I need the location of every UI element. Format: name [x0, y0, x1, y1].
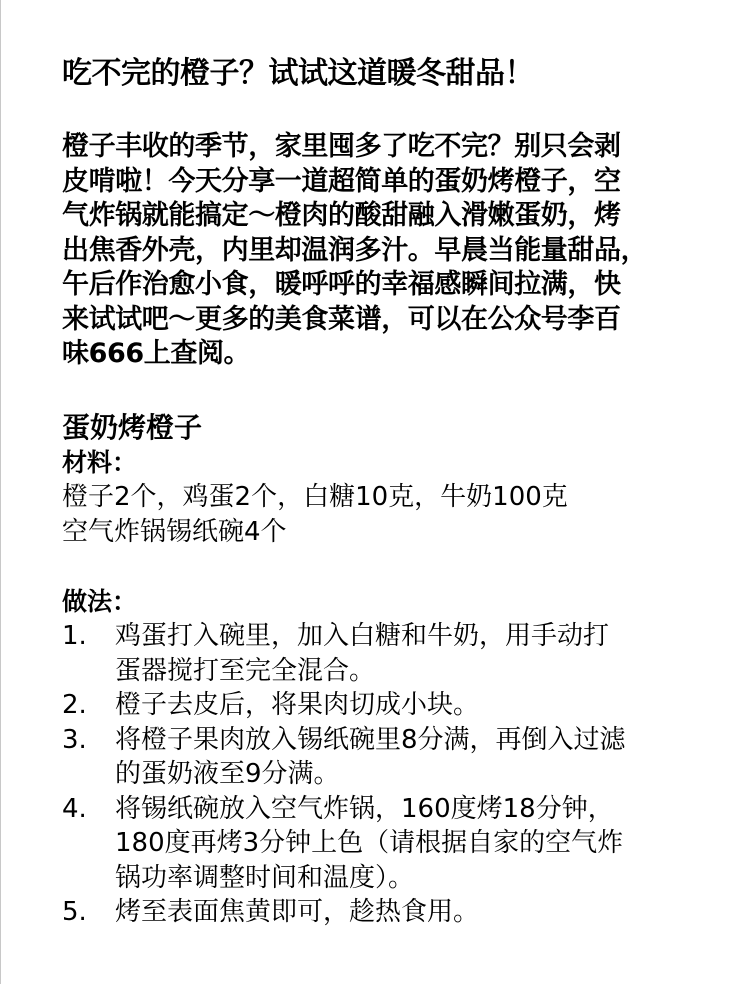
- ingredients-heading: 材料：: [62, 446, 137, 480]
- step-item: 3. 将橙子果肉放入锡纸碗里8分满，再倒入过滤 的蛋奶液至9分满。: [62, 723, 702, 792]
- intro-line: 来试试吧～更多的美食菜谱，可以在公众号李百: [62, 303, 702, 338]
- step-item: 2. 橙子去皮后，将果肉切成小块。: [62, 688, 702, 723]
- step-text: 鸡蛋打入碗里，加入白糖和牛奶，用手动打: [115, 619, 702, 654]
- intro-line: 午后作治愈小食，暖呼呼的幸福感瞬间拉满，快: [62, 268, 702, 303]
- ingredient-line: 空气炸锅锡纸碗4个: [62, 515, 568, 550]
- step-number: 5.: [62, 895, 87, 930]
- step-text: 锅功率调整时间和温度）。: [115, 861, 702, 896]
- step-number: 2.: [62, 688, 87, 723]
- step-item: 4. 将锡纸碗放入空气炸锅，160度烤18分钟， 180度再烤3分钟上色（请根据…: [62, 792, 702, 896]
- page-left-border: [0, 0, 1, 984]
- intro-line: 出焦香外壳，内里却温润多汁。早晨当能量甜品，: [62, 234, 702, 269]
- intro-line: 气炸锅就能搞定～橙肉的酸甜融入滑嫩蛋奶，烤: [62, 199, 702, 234]
- ingredient-line: 橙子2个，鸡蛋2个，白糖10克，牛奶100克: [62, 480, 568, 515]
- page-title: 吃不完的橙子？试试这道暖冬甜品！: [62, 54, 534, 94]
- step-number: 1.: [62, 619, 87, 654]
- step-text: 将橙子果肉放入锡纸碗里8分满，再倒入过滤: [115, 723, 702, 758]
- steps-list: 1. 鸡蛋打入碗里，加入白糖和牛奶，用手动打 蛋器搅打至完全混合。 2. 橙子去…: [62, 619, 702, 930]
- step-item: 1. 鸡蛋打入碗里，加入白糖和牛奶，用手动打 蛋器搅打至完全混合。: [62, 619, 702, 688]
- step-text: 橙子去皮后，将果肉切成小块。: [115, 688, 702, 723]
- step-number: 3.: [62, 723, 87, 758]
- step-text: 将锡纸碗放入空气炸锅，160度烤18分钟，: [115, 792, 702, 827]
- step-number: 4.: [62, 792, 87, 827]
- ingredients-list: 橙子2个，鸡蛋2个，白糖10克，牛奶100克 空气炸锅锡纸碗4个: [62, 480, 568, 549]
- step-text: 180度再烤3分钟上色（请根据自家的空气炸: [115, 826, 702, 861]
- step-text: 烤至表面焦黄即可，趁热食用。: [115, 895, 702, 930]
- step-text: 的蛋奶液至9分满。: [115, 757, 702, 792]
- intro-line: 皮啃啦！今天分享一道超简单的蛋奶烤橙子，空: [62, 165, 702, 200]
- recipe-name: 蛋奶烤橙子: [62, 410, 202, 446]
- intro-paragraph: 橙子丰收的季节，家里囤多了吃不完？别只会剥 皮啃啦！今天分享一道超简单的蛋奶烤橙…: [62, 130, 702, 372]
- intro-line: 橙子丰收的季节，家里囤多了吃不完？别只会剥: [62, 130, 702, 165]
- step-text: 蛋器搅打至完全混合。: [115, 654, 702, 689]
- step-item: 5. 烤至表面焦黄即可，趁热食用。: [62, 895, 702, 930]
- method-heading: 做法：: [62, 585, 137, 619]
- intro-line: 味666上查阅。: [62, 337, 702, 372]
